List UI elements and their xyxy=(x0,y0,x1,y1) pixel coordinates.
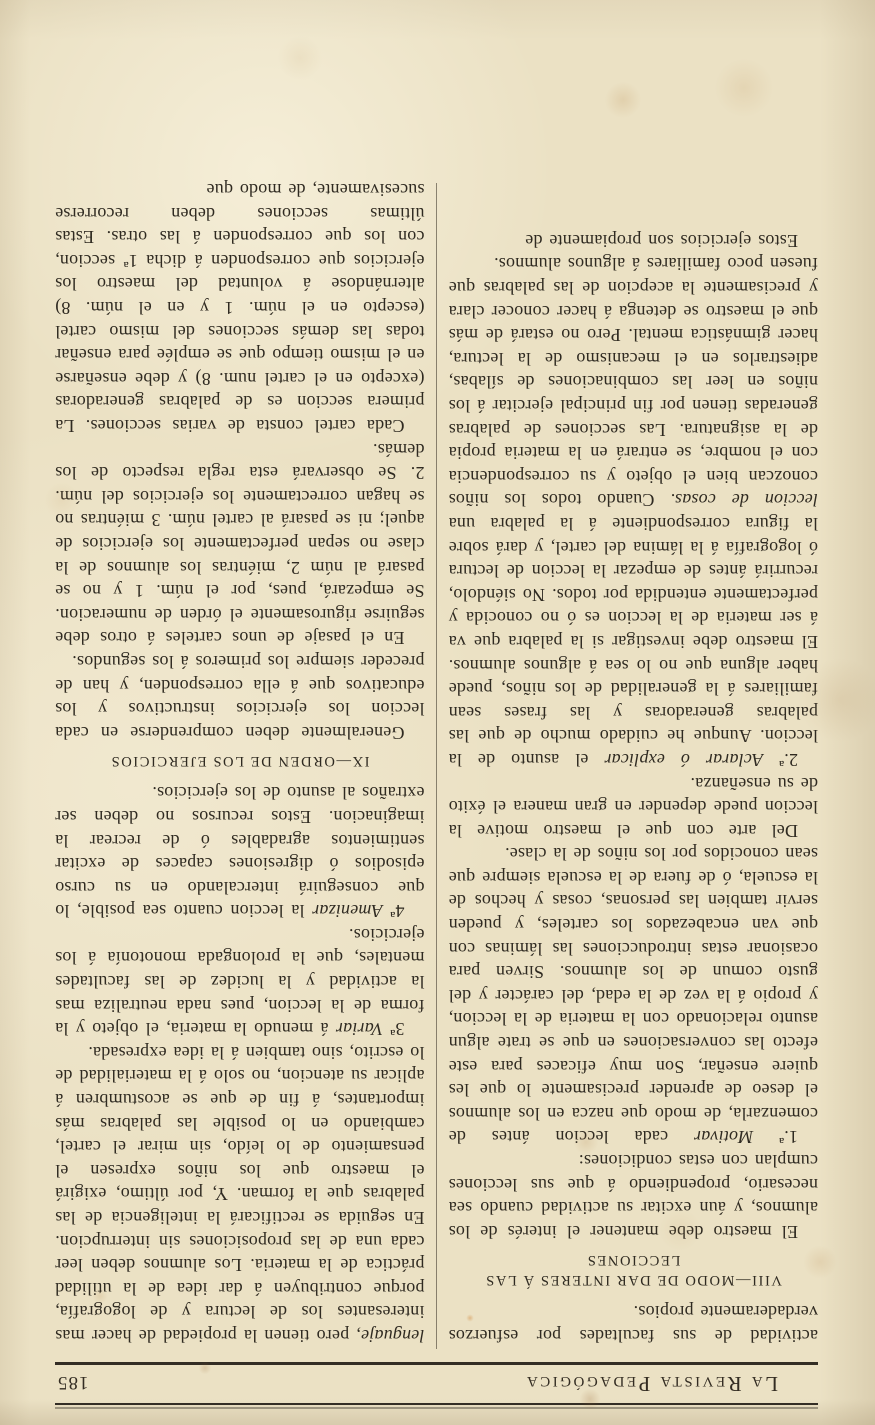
scanned-page: La Revista Pedagógica 185 actividad de s… xyxy=(0,0,875,1425)
paragraph: lenguaje, pero tienen la propiedad de ha… xyxy=(55,1040,425,1347)
page-number: 185 xyxy=(57,1371,89,1393)
section-heading: VIII—MODO DE DAR INTERES Á LAS LECCIONES xyxy=(453,1250,815,1290)
paragraph: Estos ejercicios son propiamente de xyxy=(449,228,819,252)
paragraph: El maestro debe mantener el interés de l… xyxy=(449,1148,819,1242)
header-rule-bottom xyxy=(55,1362,818,1365)
paragraph: 3ª Variar á menudo la materia, el objeto… xyxy=(55,922,425,1040)
header-row: La Revista Pedagógica 185 xyxy=(55,1365,818,1403)
text-columns: actividad de sus facultades por esfuerzo… xyxy=(55,178,818,1348)
paragraph: actividad de sus facultades por esfuerzo… xyxy=(449,1300,819,1347)
page-content-rotated: La Revista Pedagógica 185 actividad de s… xyxy=(0,0,875,1425)
paragraph: Del arte con que el maestro motive la le… xyxy=(449,771,819,842)
paragraph: Generalmente deben comprenderse en cada … xyxy=(55,649,425,743)
section-heading: IX—ORDEN DE LOS EJERCICIOS xyxy=(59,751,421,771)
header-rule-top xyxy=(55,1403,818,1405)
journal-title: La Revista Pedagógica xyxy=(524,1371,778,1396)
paragraph: 4ª Amenizar la leccion cuanto sea posibl… xyxy=(55,781,425,923)
paragraph: 1.ª Motivar cada leccion ántes de comenz… xyxy=(449,842,819,1149)
column-left: actividad de sus facultades por esfuerzo… xyxy=(449,178,819,1348)
column-right: lenguaje, pero tienen la propiedad de ha… xyxy=(55,178,425,1348)
paragraph: En el pasaje de unos carteles á otros de… xyxy=(55,437,425,649)
paragraph: Cada cartel consta de varias secciones. … xyxy=(55,178,425,438)
page-header: La Revista Pedagógica 185 xyxy=(55,1362,818,1405)
paragraph: 2.ª Aclarar ó explicar el asunto de la l… xyxy=(449,252,819,771)
